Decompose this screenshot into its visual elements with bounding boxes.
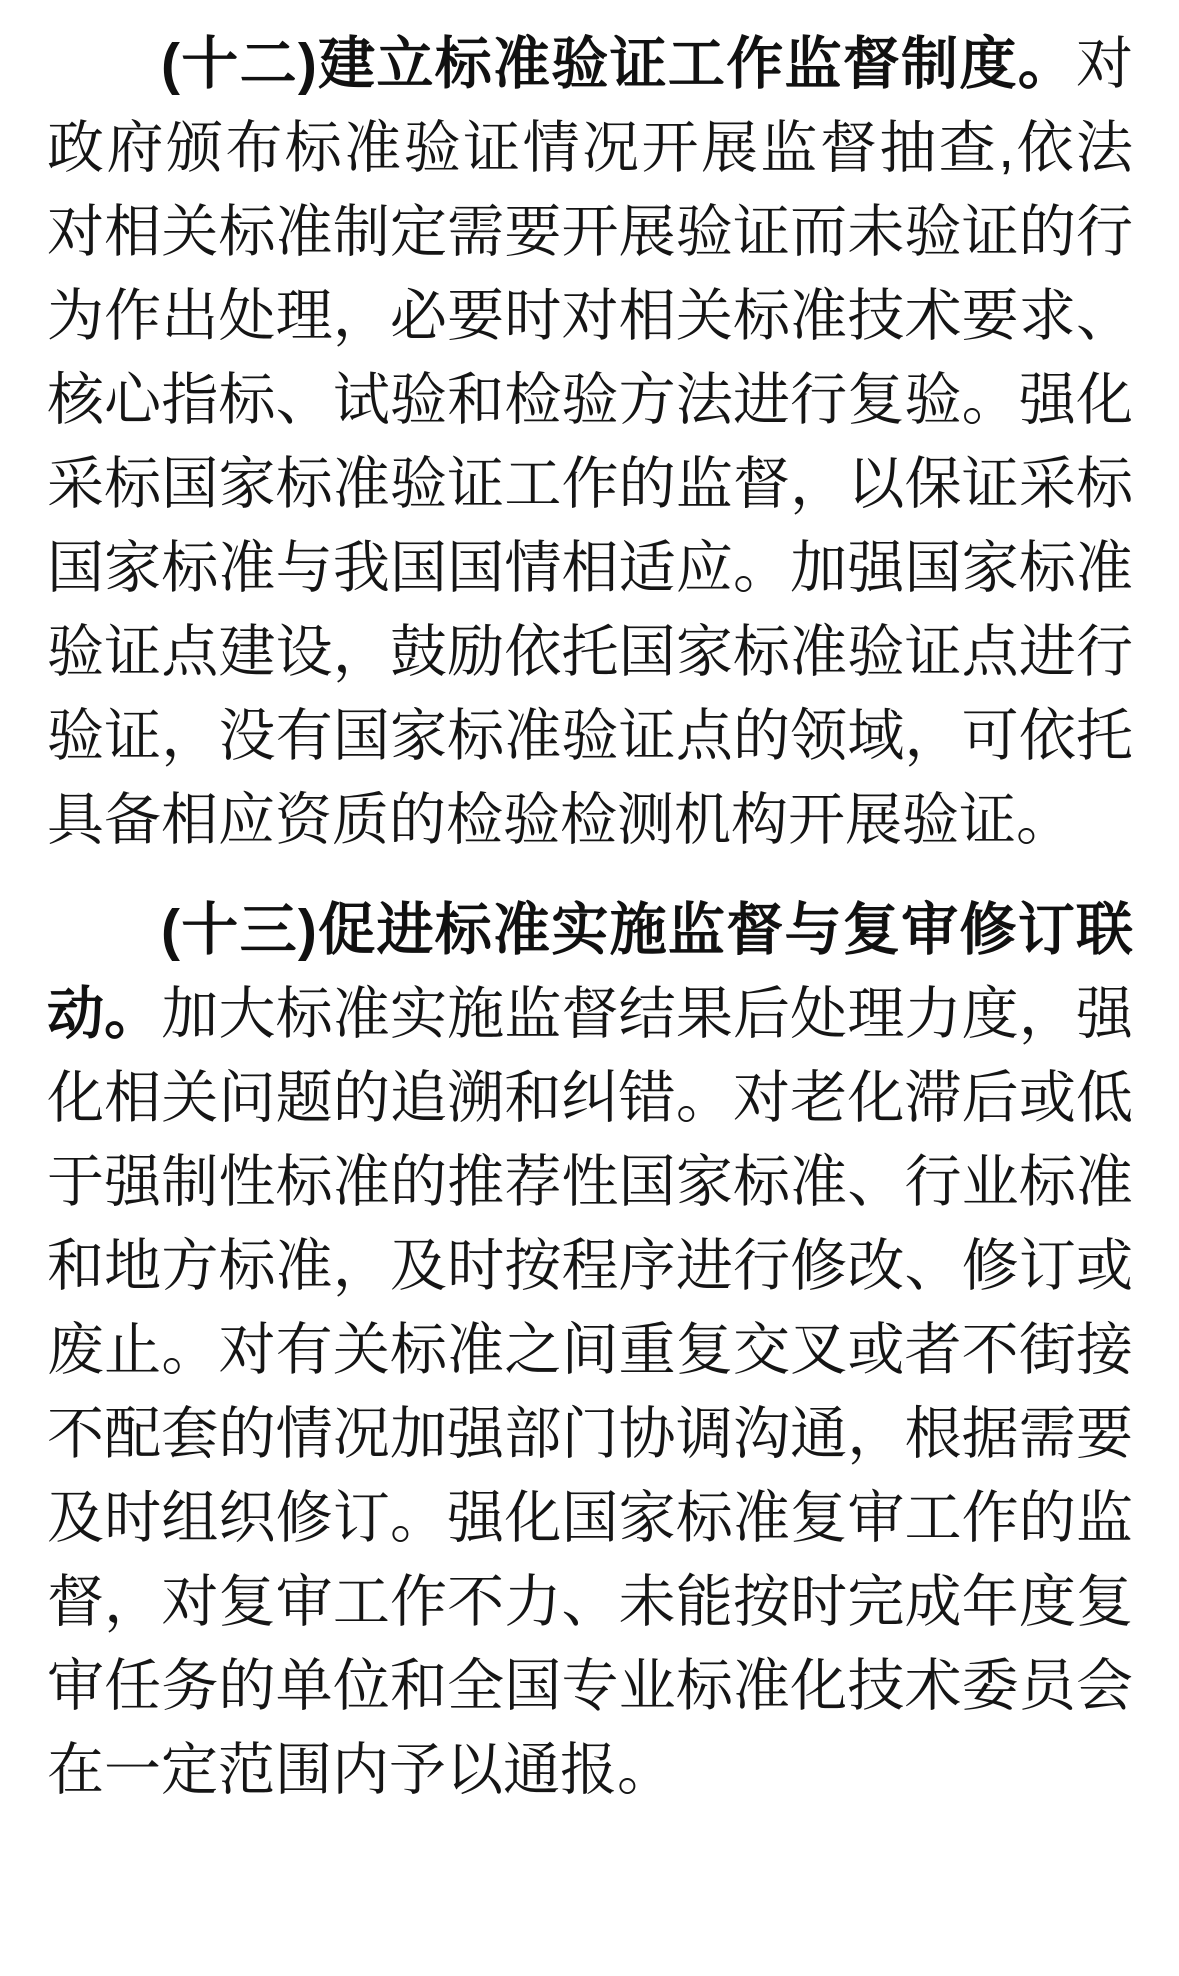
paragraph-13: (十三)促进标准实施监督与复审修订联动。加大标准实施监督结果后处理力度，强化相关… bbox=[47, 888, 1133, 1812]
section-body-12: 对政府颁布标准验证情况开展监督抽查,依法对相关标准制定需要开展验证而未验证的行为… bbox=[47, 32, 1133, 852]
section-body-13: 加大标准实施监督结果后处理力度，强化相关问题的追溯和纠错。对老化滞后或低于强制性… bbox=[47, 982, 1133, 1802]
section-heading-12: (十二)建立标准验证工作监督制度。 bbox=[161, 32, 1076, 96]
paragraph-12: (十二)建立标准验证工作监督制度。对政府颁布标准验证情况开展监督抽查,依法对相关… bbox=[47, 22, 1133, 862]
document-page: (十二)建立标准验证工作监督制度。对政府颁布标准验证情况开展监督抽查,依法对相关… bbox=[0, 0, 1179, 1976]
